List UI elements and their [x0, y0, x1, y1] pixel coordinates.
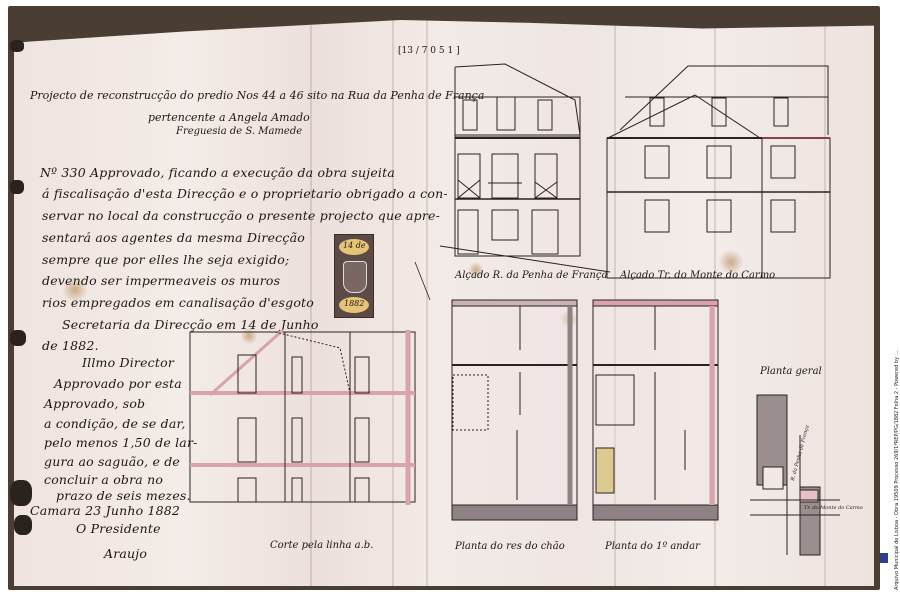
- elevation-1-label: Alçado R. da Penha de França: [455, 270, 607, 281]
- site-plan-label: Planta geral: [760, 366, 822, 377]
- first-floor-plan-label: Planta do 1º andar: [605, 541, 700, 552]
- archive-line-1: Arquivo Municipal de Lisboa - Obra 19509…: [894, 349, 900, 590]
- architectural-drawings: [0, 0, 900, 597]
- archive-text: Arquivo Municipal de Lisboa - Obra 19509…: [894, 349, 900, 590]
- archive-metadata-strip: Arquivo Municipal de Lisboa - Obra 19509…: [878, 290, 900, 597]
- archive-logo-icon: [880, 553, 888, 563]
- ground-plan-label: Planta do res do chão: [455, 541, 565, 552]
- elevation-2-label: Alçado Tr. do Monte do Carmo: [620, 270, 775, 281]
- section-label: Corte pela linha a.b.: [270, 540, 373, 551]
- site-street-2: Tr. do Monte do Carmo: [804, 505, 863, 511]
